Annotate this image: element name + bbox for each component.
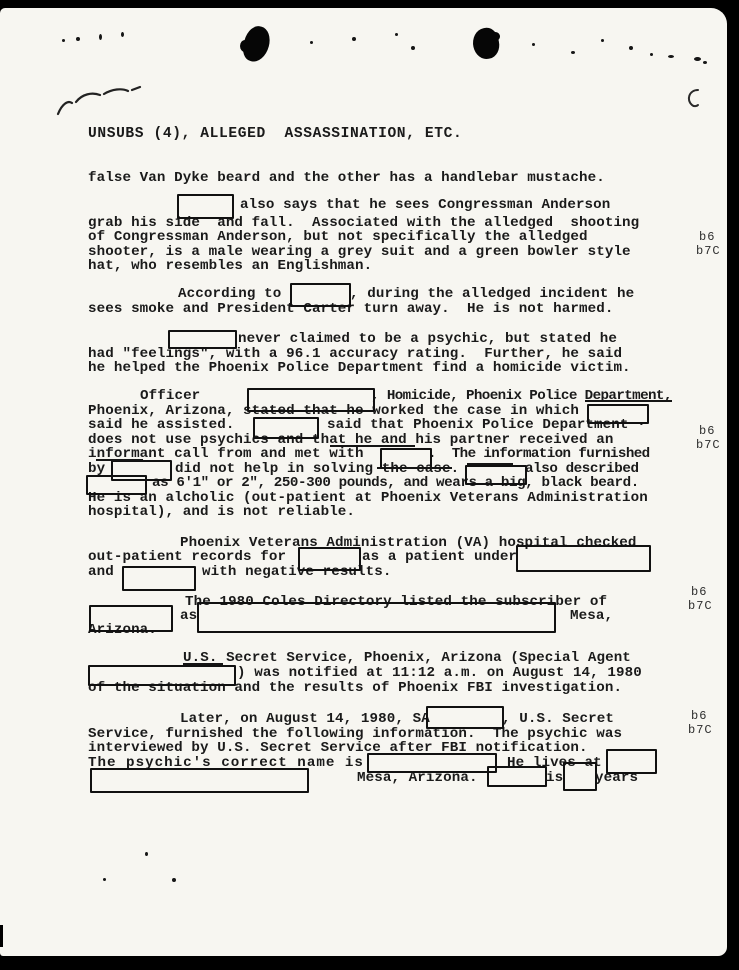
ink-speck xyxy=(76,37,80,41)
text-line: interviewed by U.S. Secret Service after… xyxy=(88,741,588,755)
exemption-code: b7C xyxy=(696,244,721,258)
underline-mark xyxy=(183,663,223,665)
ink-speck xyxy=(532,43,535,46)
redaction-box xyxy=(298,547,361,571)
text-line: hospital), and is not reliable. xyxy=(88,505,355,519)
underline-mark xyxy=(377,467,452,469)
text-line: also says that he sees Congressman Ander… xyxy=(240,198,610,212)
text-line: by xyxy=(88,462,105,476)
redaction-box xyxy=(587,404,649,424)
ink-speck xyxy=(571,51,575,54)
redaction-box xyxy=(380,448,432,469)
redaction-box xyxy=(89,605,173,632)
text-line: Officer xyxy=(140,389,200,403)
text-line: said he assisted. xyxy=(88,418,234,432)
redaction-box xyxy=(168,330,237,349)
text-line: shooter, is a male wearing a grey suit a… xyxy=(88,245,631,259)
document-title: UNSUBS (4), ALLEGED ASSASSINATION, ETC. xyxy=(88,127,462,141)
ink-speck xyxy=(121,32,124,37)
redaction-box xyxy=(487,766,547,787)
ink-blob xyxy=(240,40,250,52)
text-line: According to xyxy=(178,287,281,301)
handwritten-mark xyxy=(52,82,147,122)
text-line: , U.S. Secret xyxy=(502,712,614,726)
pen-mark-c-icon xyxy=(684,86,702,108)
redaction-box xyxy=(465,465,527,485)
ink-speck xyxy=(145,852,148,856)
underline-mark xyxy=(467,463,513,465)
exemption-code: b6 xyxy=(691,585,707,599)
ink-speck xyxy=(650,53,653,56)
text-line: ) was notified at 11:12 a.m. on August 1… xyxy=(237,666,642,680)
text-line: out-patient records for xyxy=(88,550,286,564)
ink-speck xyxy=(601,39,604,42)
text-line: Mesa, Arizona. xyxy=(357,771,478,785)
underline-mark xyxy=(96,459,143,461)
text-line: He is an alcholic (out-patient at Phoeni… xyxy=(88,491,648,505)
redaction-box xyxy=(253,417,319,439)
text-line: U.S. Secret Service, Phoenix, Arizona (S… xyxy=(183,651,631,665)
ink-speck xyxy=(629,46,633,50)
text-line: as xyxy=(180,609,197,623)
redaction-box xyxy=(367,753,497,773)
underline-mark xyxy=(585,400,672,402)
redaction-box xyxy=(247,388,375,412)
redaction-box xyxy=(88,665,236,686)
redaction-box xyxy=(177,194,234,219)
redaction-box xyxy=(90,768,309,793)
ink-speck xyxy=(694,57,701,61)
redaction-box xyxy=(122,566,196,591)
ink-blob xyxy=(491,32,500,41)
ink-speck xyxy=(310,41,313,44)
ink-speck xyxy=(668,55,674,58)
text-line: and xyxy=(88,565,114,579)
exemption-code: b6 xyxy=(699,230,715,244)
text-line: , during the alledged incident he xyxy=(350,287,634,301)
exemption-code: b6 xyxy=(699,424,715,438)
exemption-code: b7C xyxy=(688,723,713,737)
ink-speck xyxy=(62,39,65,42)
text-line: he helped the Phoenix Police Department … xyxy=(88,361,631,375)
redaction-box xyxy=(86,475,147,495)
text-line: Mesa, xyxy=(570,609,613,623)
text-line: false Van Dyke beard and the other has a… xyxy=(88,171,605,185)
text-line: is xyxy=(546,771,563,785)
exemption-code: b6 xyxy=(691,709,707,723)
redaction-box xyxy=(426,706,504,729)
exemption-code: b7C xyxy=(688,599,713,613)
ink-speck xyxy=(352,37,356,41)
text-line: hat, who resembles an Englishman. xyxy=(88,259,372,273)
text-line: . The information furnished xyxy=(428,447,650,461)
text-line: grab his side and fall. Associated with … xyxy=(88,216,639,230)
ink-speck xyxy=(103,878,106,881)
text-line: never claimed to be a psychic, but state… xyxy=(238,332,617,346)
ink-speck xyxy=(99,34,102,40)
text-line: as 6'1" or 2", 250-300 pounds, and wears… xyxy=(152,476,639,490)
redaction-box xyxy=(516,545,651,572)
ink-speck xyxy=(172,878,176,882)
underline-mark xyxy=(330,445,415,447)
ink-speck xyxy=(395,33,398,36)
text-line: of Congressman Anderson, but not specifi… xyxy=(88,230,588,244)
ink-speck xyxy=(411,46,415,50)
text-line: Later, on August 14, 1980, SA xyxy=(180,712,430,726)
ink-speck xyxy=(703,61,707,64)
redaction-box xyxy=(290,283,351,307)
text-line: also described xyxy=(525,462,639,476)
redaction-box xyxy=(197,602,556,633)
exemption-code: b7C xyxy=(696,438,721,452)
redaction-box xyxy=(563,762,597,791)
redaction-box xyxy=(606,749,657,774)
text-line: with negative results. xyxy=(202,565,392,579)
scan-edge-artifact xyxy=(0,925,3,947)
text-line: as a patient under xyxy=(362,550,517,564)
scanned-document-page: UNSUBS (4), ALLEGED ASSASSINATION, ETC. … xyxy=(0,0,739,970)
text-line: Service, furnished the following informa… xyxy=(88,727,622,741)
text-line: had "feelings", with a 96.1 accuracy rat… xyxy=(88,347,622,361)
